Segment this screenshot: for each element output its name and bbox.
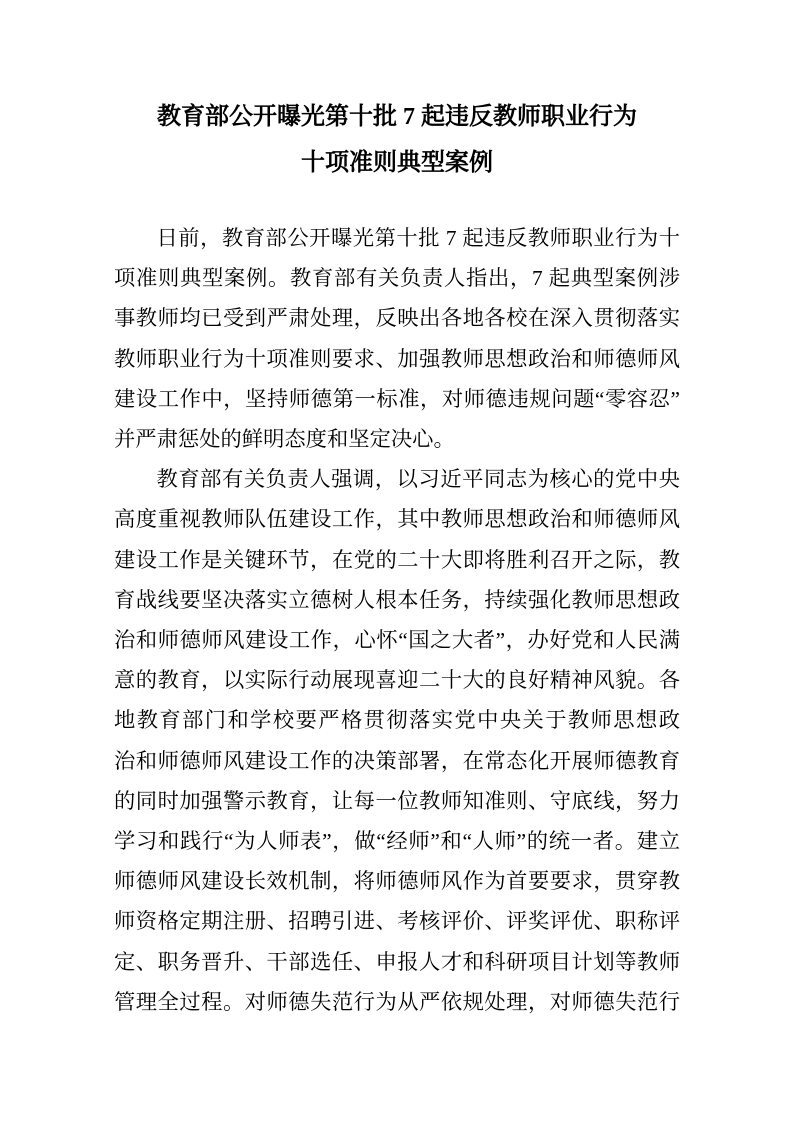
body-line: 日前，教育部公开曝光第十批 7 起违反教师职业行为十 — [114, 218, 680, 258]
body-line: 学习和践行“为人师表”，做“经师”和“人师”的统一者。建立 — [114, 821, 680, 861]
text-block: 教育部公开曝光第十批 7 起违反教师职业行为 十项准则典型案例 日前，教育部公开… — [114, 0, 680, 1022]
body-line: 建设工作中，坚持师德第一标准，对师德违规问题“零容忍” — [114, 379, 680, 419]
document-title: 教育部公开曝光第十批 7 起违反教师职业行为 十项准则典型案例 — [114, 94, 680, 186]
body-line: 治和师德师风建设工作，心怀“国之大者”，办好党和人民满 — [114, 620, 680, 660]
document-body: 日前，教育部公开曝光第十批 7 起违反教师职业行为十 项准则典型案例。教育部有关… — [114, 218, 680, 1022]
body-line: 育战线要坚决落实立德树人根本任务，持续强化教师思想政 — [114, 580, 680, 620]
body-line: 师德师风建设长效机制，将师德师风作为首要要求，贯穿教 — [114, 861, 680, 901]
body-line: 师资格定期注册、招聘引进、考核评价、评奖评优、职称评 — [114, 901, 680, 941]
body-line: 项准则典型案例。教育部有关负责人指出，7 起典型案例涉 — [114, 258, 680, 298]
document-page: 教育部公开曝光第十批 7 起违反教师职业行为 十项准则典型案例 日前，教育部公开… — [0, 0, 793, 1122]
title-line-2: 十项准则典型案例 — [114, 140, 680, 186]
body-line: 事教师均已受到严肃处理，反映出各地各校在深入贯彻落实 — [114, 298, 680, 338]
body-line: 的同时加强警示教育，让每一位教师知准则、守底线，努力 — [114, 781, 680, 821]
body-line: 管理全过程。对师德失范行为从严依规处理，对师德失范行 — [114, 982, 680, 1022]
body-line: 教师职业行为十项准则要求、加强教师思想政治和师德师风 — [114, 339, 680, 379]
body-line: 高度重视教师队伍建设工作，其中教师思想政治和师德师风 — [114, 499, 680, 539]
body-line: 定、职务晋升、干部选任、申报人才和科研项目计划等教师 — [114, 942, 680, 982]
title-line-1: 教育部公开曝光第十批 7 起违反教师职业行为 — [114, 94, 680, 140]
body-line: 教育部有关负责人强调，以习近平同志为核心的党中央 — [114, 459, 680, 499]
body-line: 建设工作是关键环节，在党的二十大即将胜利召开之际，教 — [114, 540, 680, 580]
body-line: 地教育部门和学校要严格贯彻落实党中央关于教师思想政 — [114, 700, 680, 740]
body-line: 治和师德师风建设工作的决策部署，在常态化开展师德教育 — [114, 741, 680, 781]
body-line: 意的教育，以实际行动展现喜迎二十大的良好精神风貌。各 — [114, 660, 680, 700]
body-line: 并严肃惩处的鲜明态度和坚定决心。 — [114, 419, 680, 459]
